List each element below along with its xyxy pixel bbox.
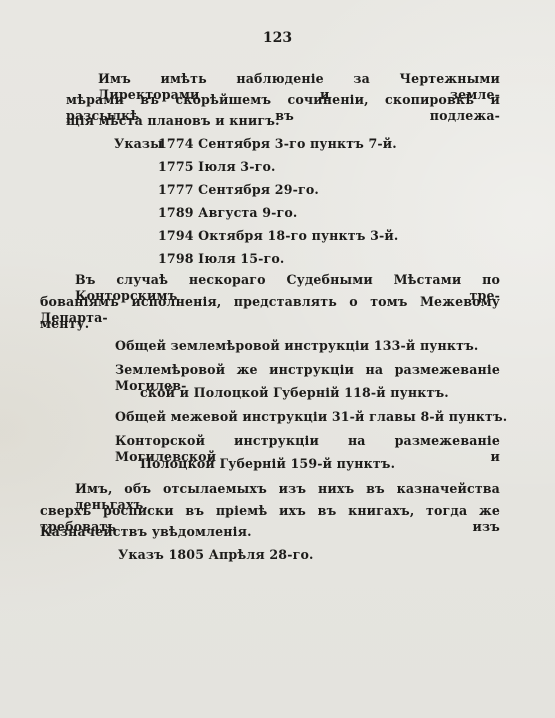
decree-item: 1789 Августа 9-го. [158, 205, 297, 221]
decree-item: 1777 Сентября 29-го. [158, 182, 319, 198]
text-line: бованіямъ исполненія, представлять о том… [40, 294, 500, 326]
decree-item: 1794 Октября 18-го пунктъ 3-й. [158, 228, 398, 244]
page-number: 123 [0, 30, 555, 46]
decree-item: 1775 Іюля 3-го. [158, 159, 276, 175]
decree-1805: Указъ 1805 Апрѣля 28-го. [118, 547, 314, 563]
document-page: 123 Имъ имѣть наблюденіе за Чертежными Д… [0, 0, 555, 718]
text-line: щія мѣста плановъ и книгъ. [66, 113, 280, 129]
text-line: Казначействъ увѣдомленія. [40, 524, 252, 540]
decree-item: 1774 Сентября 3-го пунктъ 7-й. [158, 136, 397, 152]
reference-line: Общей землемѣровой инструкціи 133-й пунк… [115, 338, 478, 354]
decree-item: 1798 Іюля 15-го. [158, 251, 284, 267]
reference-line: ской и Полоцкой Губерній 118-й пунктъ. [140, 385, 449, 401]
decrees-label: Указы [114, 136, 163, 152]
reference-line: Общей межевой инструкціи 31-й главы 8-й … [115, 409, 507, 425]
reference-line: Полоцкой Губерній 159-й пунктъ. [140, 456, 395, 472]
text-line: менту. [40, 316, 89, 332]
